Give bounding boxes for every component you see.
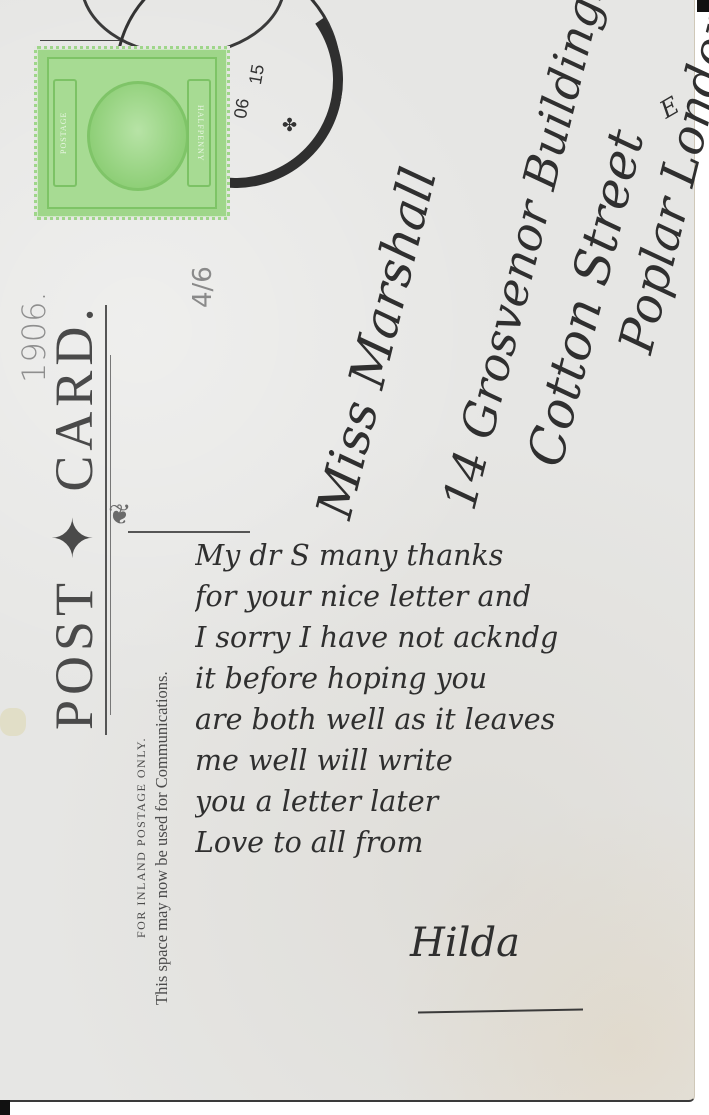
scan-shadow-corner-top (697, 0, 709, 12)
message-line: it before hoping you (195, 658, 690, 699)
address-name: Miss Marshall (305, 162, 448, 524)
stamp-frame: POSTAGE HALFPENNY (47, 57, 217, 209)
horizontal-rule (128, 531, 250, 533)
message-line: I sorry I have not ackndg (195, 617, 690, 658)
postage-stamp: POSTAGE HALFPENNY (34, 46, 230, 220)
signature: Hilda (410, 920, 520, 966)
message-line: for your nice letter and (195, 576, 690, 617)
paper-stain (0, 708, 26, 736)
fleuron-ornament-icon: ❦ (108, 502, 131, 530)
message-line: you a letter later (195, 781, 690, 822)
message-line: Love to all from (195, 822, 690, 863)
post-card-title: POST ✦ CARD. (42, 303, 105, 730)
divider-line-inner (110, 355, 111, 715)
pencil-price: 4/6 (188, 266, 218, 308)
postcard-back: POSTAGE HALFPENNY 15 06 ✤ 1906. 4/6 POST… (0, 0, 695, 1102)
communication-notice: This space may now be used for Communica… (152, 671, 172, 1005)
postmark-cross-icon: ✤ (282, 115, 297, 136)
divider-line (105, 305, 107, 735)
message-line: My dr S many thanks (195, 535, 690, 576)
stamp-value-label: HALFPENNY (187, 79, 211, 187)
message-line: are both well as it leaves (195, 699, 690, 740)
postmark-line (40, 40, 120, 41)
message-line: me well will write (195, 740, 690, 781)
stamp-side-label: POSTAGE (53, 79, 77, 187)
postmark-day: 15 (245, 63, 269, 86)
signature-underline (418, 1009, 583, 1014)
inland-postage-notice: FOR INLAND POSTAGE ONLY. (134, 737, 149, 938)
king-portrait-stamp-icon (87, 81, 189, 191)
postmark-year: 06 (230, 97, 254, 120)
scan-shadow-corner (0, 1100, 10, 1115)
handwritten-message: My dr S many thanks for your nice letter… (195, 535, 690, 863)
